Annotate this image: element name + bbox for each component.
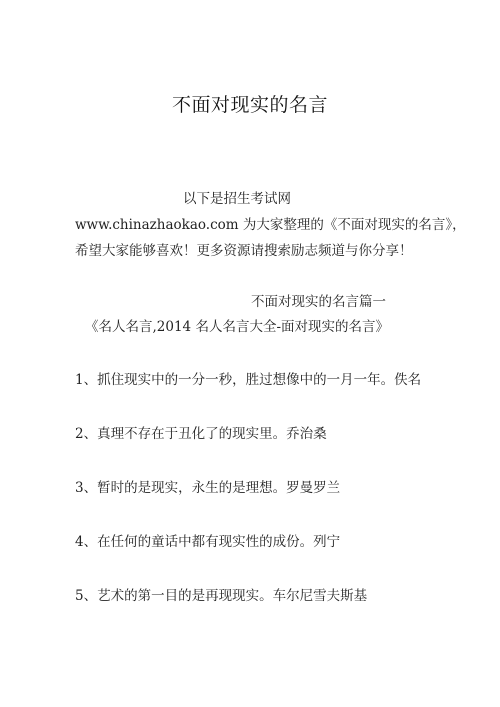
intro-line-2: www.chinazhaokao.com 为大家整理的《不面对现实的名言》，	[75, 216, 466, 234]
intro-line-1: 以下是招生考试网	[183, 190, 291, 208]
quote-item: 1、抓住现实中的一分一秒，胜过想像中的一月一年。佚名	[75, 371, 421, 389]
quote-item: 5、艺术的第一目的是再现现实。车尔尼雪夫斯基	[75, 587, 367, 605]
section-heading: 不面对现实的名言篇一	[251, 293, 386, 311]
quote-item: 4、在任何的童话中都有现实性的成份。列宁	[75, 533, 340, 551]
document-page: 不面对现实的名言 以下是招生考试网 www.chinazhaokao.com 为…	[0, 0, 500, 707]
section-subtitle: 《名人名言,2014 名人名言大全-面对现实的名言》	[85, 318, 389, 336]
quote-item: 2、真理不存在于丑化了的现实里。乔治桑	[75, 425, 327, 443]
document-title: 不面对现实的名言	[0, 90, 500, 117]
intro-line-3: 希望大家能够喜欢！更多资源请搜索励志频道与你分享！	[75, 242, 413, 260]
quote-item: 3、暂时的是现实，永生的是理想。罗曼罗兰	[75, 479, 340, 497]
